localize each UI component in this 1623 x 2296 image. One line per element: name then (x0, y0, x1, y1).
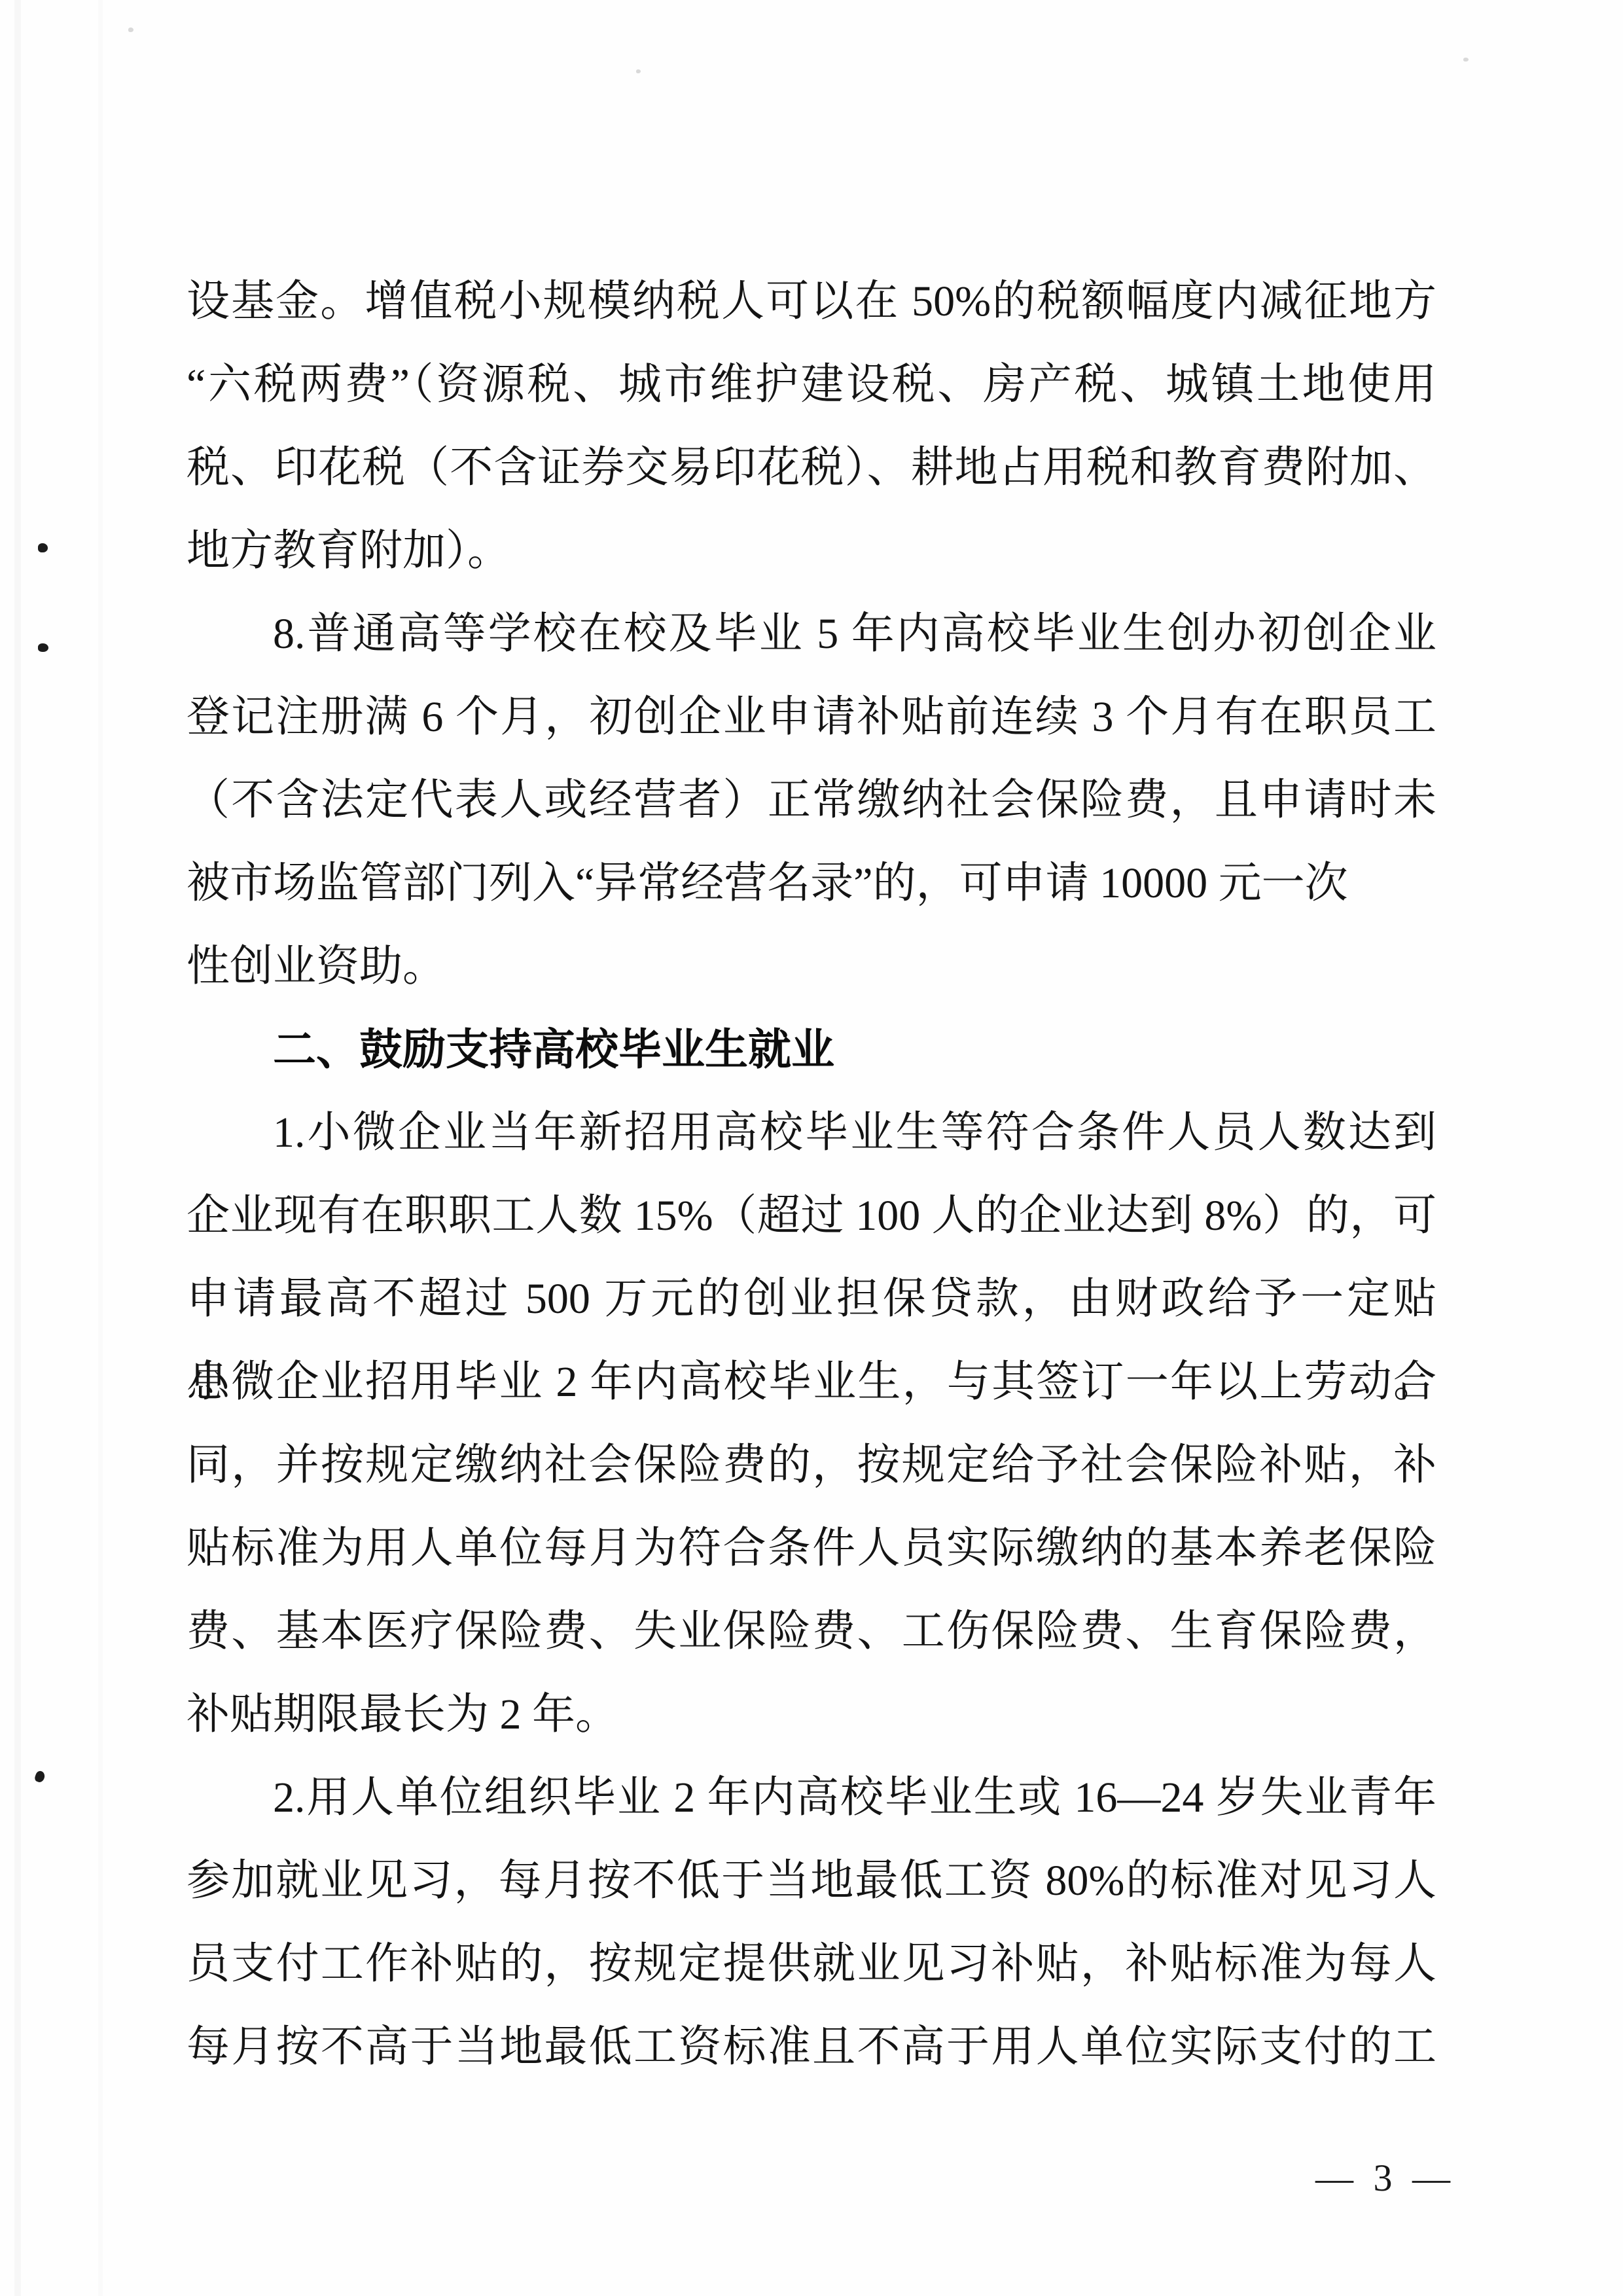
scan-streak (14, 0, 21, 2296)
scan-speck (636, 69, 641, 73)
text-line: 申请最高不超过 500 万元的创业担保贷款，由财政给予一定贴息。 (187, 1257, 1436, 1340)
scan-speck (128, 27, 134, 32)
scan-speck (1463, 58, 1469, 62)
text-line: 补贴期限最长为 2 年。 (187, 1673, 1436, 1756)
text-line: 1.小微企业当年新招用高校毕业生等符合条件人员人数达到 (187, 1091, 1436, 1174)
text-line: 设基金。增值税小规模纳税人可以在 50%的税额幅度内减征地方 (187, 260, 1436, 343)
text-line: 每月按不高于当地最低工资标准且不高于用人单位实际支付的工 (187, 2005, 1436, 2089)
scan-speck (34, 1770, 46, 1784)
text-line: 同，并按规定缴纳社会保险费的，按规定给予社会保险补贴，补 (187, 1424, 1436, 1507)
document-page: 设基金。增值税小规模纳税人可以在 50%的税额幅度内减征地方“六税两费”（资源税… (0, 0, 1623, 2296)
section-heading: 二、鼓励支持高校毕业生就业 (187, 1008, 1436, 1091)
text-line: 性创业资助。 (187, 925, 1436, 1008)
scan-streak (98, 0, 103, 2296)
text-line: 贴标准为用人单位每月为符合条件人员实际缴纳的基本养老保险 (187, 1507, 1436, 1590)
scan-speck (38, 643, 48, 652)
body-text: 设基金。增值税小规模纳税人可以在 50%的税额幅度内减征地方“六税两费”（资源税… (187, 260, 1436, 2089)
text-line: 企业现有在职职工人数 15%（超过 100 人的企业达到 8%）的，可 (187, 1174, 1436, 1257)
text-line: 税、印花税（不含证券交易印花税）、耕地占用税和教育费附加、 (187, 426, 1436, 509)
page-number: — 3 — (1315, 2152, 1455, 2204)
text-line: （不含法定代表人或经营者）正常缴纳社会保险费，且申请时未 (187, 759, 1436, 842)
text-line: 小微企业招用毕业 2 年内高校毕业生，与其签订一年以上劳动合 (187, 1340, 1436, 1424)
text-line: 费、基本医疗保险费、失业保险费、工伤保险费、生育保险费， (187, 1590, 1436, 1673)
text-line: 员支付工作补贴的，按规定提供就业见习补贴，补贴标准为每人 (187, 1922, 1436, 2005)
text-line: 2.用人单位组织毕业 2 年内高校毕业生或 16—24 岁失业青年 (187, 1756, 1436, 1839)
text-line: 地方教育附加）。 (187, 509, 1436, 592)
scan-speck (38, 543, 48, 552)
text-line: 参加就业见习，每月按不低于当地最低工资 80%的标准对见习人 (187, 1839, 1436, 1922)
text-line: “六税两费”（资源税、城市维护建设税、房产税、城镇土地使用 (187, 343, 1436, 426)
text-line: 登记注册满 6 个月，初创企业申请补贴前连续 3 个月有在职员工 (187, 675, 1436, 759)
text-line: 被市场监管部门列入“异常经营名录”的，可申请 10000 元一次 (187, 842, 1436, 925)
text-line: 8.普通高等学校在校及毕业 5 年内高校毕业生创办初创企业 (187, 592, 1436, 675)
